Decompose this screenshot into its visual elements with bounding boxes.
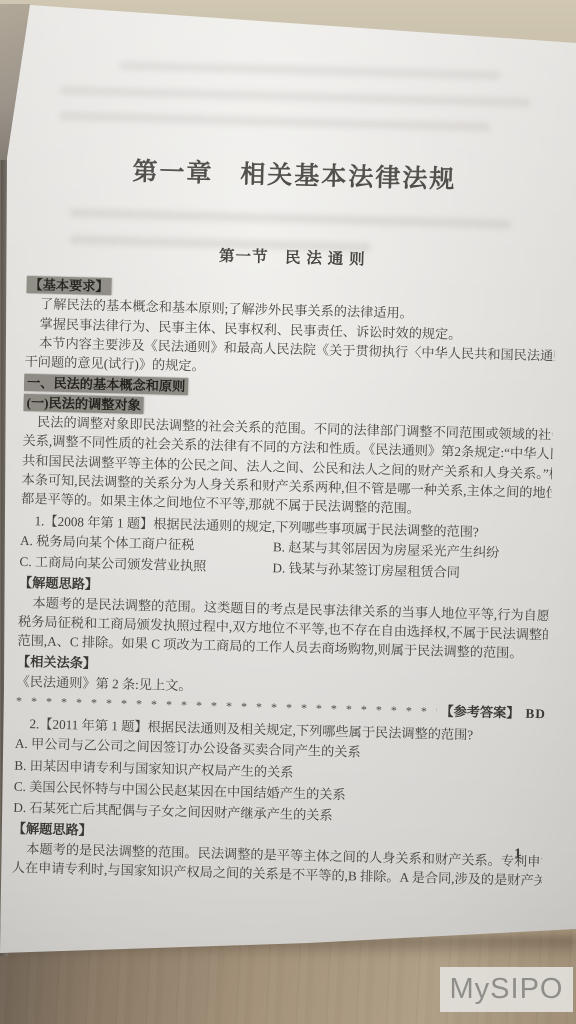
question-1-analysis-header: 【解题思路】	[19, 573, 549, 606]
page-number: 1	[514, 846, 522, 863]
question-2-stem: 2.【2011 年第 1 题】根据民法通则及相关规定,下列哪些属于民法调整的范围…	[15, 714, 545, 747]
bleed-through-line	[120, 61, 500, 80]
question-1-related-law-text: 《民法通则》第 2 条:见上文。	[16, 671, 546, 704]
bleed-through-line	[70, 235, 370, 252]
question-1-option-a: A. 税务局向某个体工商户征税	[20, 530, 273, 558]
question-1-options-row-2: C. 工商局向某公司颁发营业执照 D. 钱某与孙某签订房屋租赁合同	[19, 551, 549, 586]
question-1-related-law-header: 【相关法条】	[17, 651, 547, 684]
body-line: 都是平等的。如果主体之间地位不平等,那就不属于民法调整的范围。	[21, 489, 551, 522]
body-line: 民法的调整对象即民法调整的社会关系的范围。不同的法律部门调整不同范围或领域的社会	[23, 412, 553, 445]
bleed-through-line	[60, 111, 490, 131]
section-title: 第一节 民 法 通 则	[27, 242, 557, 275]
body-line: 关系,调整不同性质的社会关系的法律有不同的方法和性质。《民法通则》第2条规定:“…	[22, 431, 552, 464]
reference-answer-value: BD	[525, 704, 546, 725]
question-2-option-b: B. 田某因申请专利与国家知识产权局产生的关系	[14, 754, 544, 789]
photo-of-book-page: 第一章 相关基本法律法规 第一节 民 法 通 则 【基本要求】 了解民法的基本概…	[0, 0, 576, 1024]
body-line: 本题考的是民法调整的范围。民法调整的是平等主体之间的人身关系和财产关系。专利申请	[12, 838, 542, 871]
body-line: 本节内容主要涉及《民法通则》和最高人民法院《关于贯彻执行〈中华人民共和国民法通则…	[25, 333, 555, 366]
heading-2-label: (一)民法的调整对象	[23, 394, 144, 414]
watermark-badge: MySIPO	[440, 967, 573, 1012]
body-line: 范围,A、C 排除。如果 C 项改为工商局的工作人员去商场购物,则属于民法调整的…	[17, 631, 547, 664]
page-text-block: 第一章 相关基本法律法规 第一节 民 法 通 则 【基本要求】 了解民法的基本概…	[12, 148, 560, 890]
book-page: 第一章 相关基本法律法规 第一节 民 法 通 则 【基本要求】 了解民法的基本概…	[0, 0, 576, 1024]
reference-answer-label: 【参考答案】	[440, 701, 520, 723]
basic-requirements-label: 【基本要求】	[26, 276, 112, 295]
body-line: 税务局征税和工商局颁发执照过程中,双方地位不平等,也不存在自由选择权,不属于民法…	[18, 612, 548, 645]
question-2-analysis-header: 【解题思路】	[13, 818, 543, 851]
bleed-through-line	[60, 86, 530, 107]
question-2-option-d: D. 石某死亡后其配偶与子女之间因财产继承产生的关系	[13, 797, 543, 832]
question-1-answer-row: * * * * * * * * * * * * * * * * * * * * …	[16, 691, 546, 724]
question-1-stem: 1.【2008 年第 1 题】根据民法通则的规定,下列哪些事项属于民法调整的范围…	[20, 510, 550, 543]
question-1-option-c: C. 工商局向某公司颁发营业执照	[19, 551, 272, 579]
body-line: 掌握民事法律行为、民事主体、民事权利、民事责任、诉讼时效的规定。	[25, 314, 555, 347]
question-2-option-c: C. 美国公民怀特与中国公民赵某因在中国结婚产生的关系	[14, 776, 544, 811]
body-line: 干问题的意见(试行)》的规定。	[24, 352, 554, 385]
bleed-through-line	[70, 208, 510, 229]
watermark-text: MySIPO	[450, 973, 564, 1006]
basic-requirements-header: 【基本要求】	[26, 275, 556, 308]
question-1-options-row-1: A. 税务局向某个体工商户征税 B. 赵某与其邻居因为房屋采光产生纠纷	[20, 530, 550, 565]
body-line: 本题考的是民法调整的范围。这类题目的考点是民事法律关系的当事人地位平等,行为自愿…	[18, 592, 548, 625]
chapter-title: 第一章 相关基本法律法规	[29, 154, 560, 199]
heading-1-label: 一、民法的基本概念和原则	[24, 374, 189, 395]
body-line: 人在申请专利时,与国家知识产权局之间的关系是不平等的,B 排除。A 是合同,涉及…	[12, 858, 542, 891]
body-line: 了解民法的基本概念和基本原则;了解涉外民事关系的法律适用。	[26, 294, 556, 327]
body-line: 本条可知,民法调整的关系分为人身关系和财产关系两种,但不管是哪一种关系,主体之间…	[21, 470, 551, 503]
question-1-option-d: D. 钱某与孙某签订房屋租赁合同	[272, 558, 549, 586]
separator-stars: * * * * * * * * * * * * * * * * * * * * …	[16, 691, 437, 722]
question-1-option-b: B. 赵某与其邻居因为房屋采光产生纠纷	[273, 536, 550, 564]
heading-2: (一)民法的调整对象	[23, 393, 553, 426]
heading-1: 一、民法的基本概念和原则	[24, 373, 554, 406]
question-2-option-a: A. 甲公司与乙公司之间因签订办公设备买卖合同产生的关系	[15, 733, 545, 768]
body-line: 共和国民法调整平等主体的公民之间、法人之间、公民和法人之间的财产关系和人身关系。…	[22, 451, 552, 484]
